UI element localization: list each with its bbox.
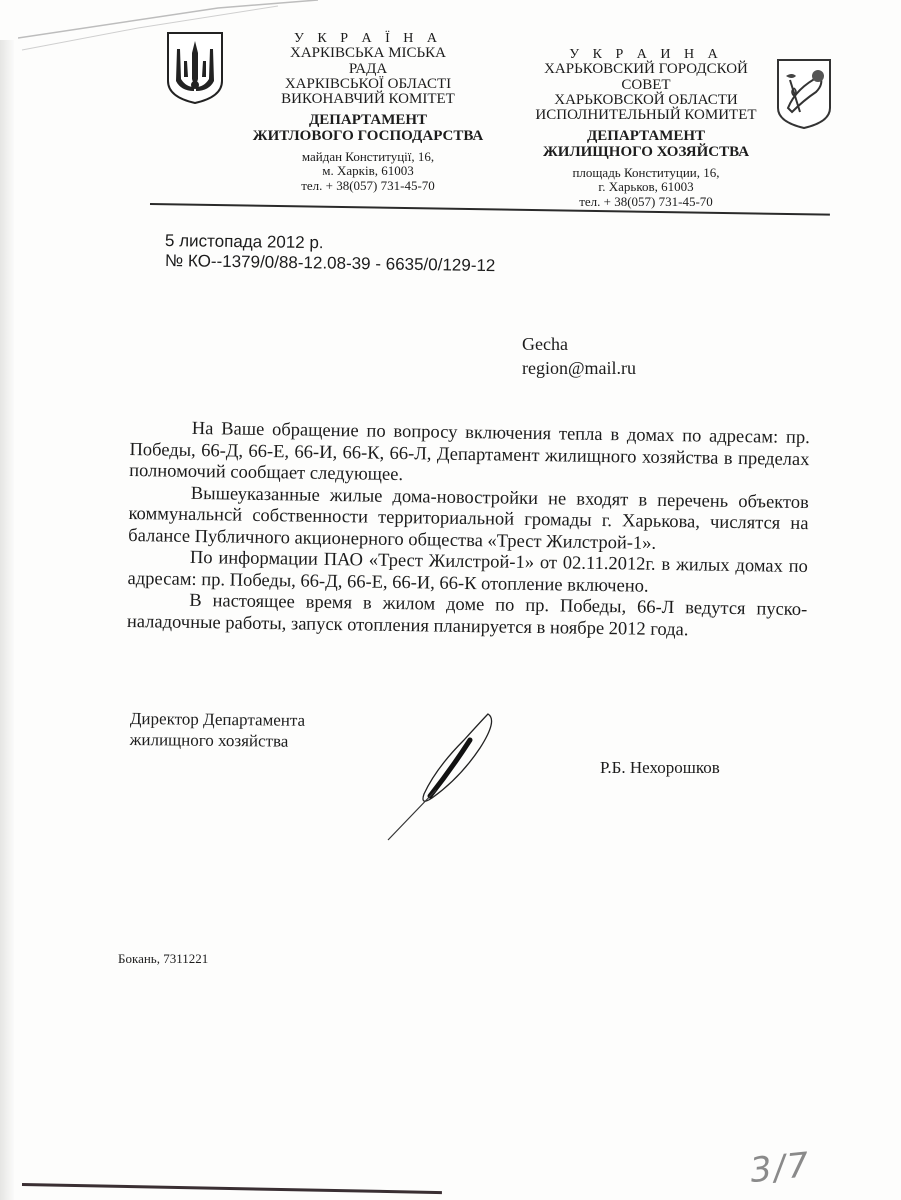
signatory-title-line1: Директор Департамента (130, 708, 305, 731)
phone-ru: тел. + 38(057) 731-45-70 (522, 195, 770, 209)
signatory-title: Директор Департамента жилищного хозяйств… (130, 708, 306, 752)
department-line1-ru: ДЕПАРТАМЕНТ (522, 129, 770, 144)
recipient-block: Gecha region@mail.ru (522, 332, 636, 381)
address-line2-ru: г. Харьков, 61003 (522, 180, 770, 194)
body-paragraph-2: Вышеуказанные жилые дома-новостройки не … (128, 482, 809, 557)
letterhead-russian: У К Р А И Н А ХАРЬКОВСКИЙ ГОРОДСКОЙ СОВЕ… (522, 48, 770, 209)
country-name-ua: У К Р А Ї Н А (238, 32, 498, 46)
letter-page: У К Р А Ї Н А ХАРКІВСЬКА МІСЬКА РАДА ХАР… (0, 0, 901, 1200)
region-ru: ХАРЬКОВСКОЙ ОБЛАСТИ (522, 93, 770, 108)
signatory-name: Р.Б. Нехорошков (600, 758, 720, 778)
council-line1-ua: ХАРКІВСЬКА МІСЬКА (238, 46, 498, 61)
council-line1-ru: ХАРЬКОВСКИЙ ГОРОДСКОЙ (522, 62, 770, 77)
region-ua: ХАРКІВСЬКОЇ ОБЛАСТІ (238, 77, 498, 92)
phone-ua: тел. + 38(057) 731-45-70 (238, 179, 498, 193)
reference-number: № КО--1379/0/88-12.08-39 - 6635/0/129-12 (165, 251, 496, 276)
recipient-name: Gecha (522, 332, 636, 356)
letter-date: 5 листопада 2012 р. (165, 231, 324, 253)
address-line1-ua: майдан Конституції, 16, (238, 150, 498, 164)
signatory-title-line2: жилищного хозяйства (130, 729, 305, 752)
scan-bottom-edge (22, 1183, 442, 1194)
committee-ru: ИСПОЛНИТЕЛЬНЫЙ КОМИТЕТ (522, 108, 770, 123)
address-line1-ru: площадь Конституции, 16, (522, 166, 770, 180)
handwritten-page-mark: 3/7 (748, 1145, 813, 1191)
body-paragraph-1: На Ваше обращение по вопросу включения т… (129, 418, 810, 493)
ukraine-trident-icon (166, 31, 224, 105)
letterhead-ukrainian: У К Р А Ї Н А ХАРКІВСЬКА МІСЬКА РАДА ХАР… (238, 32, 498, 193)
body-paragraph-4: В настоящее время в жилом доме по пр. По… (127, 590, 808, 643)
scan-edge-shadow (0, 40, 14, 1200)
handwritten-signature-icon (380, 710, 520, 845)
council-line2-ru: СОВЕТ (522, 78, 770, 93)
recipient-email: region@mail.ru (522, 356, 636, 380)
letter-body: На Ваше обращение по вопросу включения т… (127, 418, 810, 643)
council-line2-ua: РАДА (238, 62, 498, 77)
department-line2-ru: ЖИЛИЩНОГО ХОЗЯЙСТВА (522, 145, 770, 160)
address-line2-ua: м. Харків, 61003 (238, 164, 498, 178)
executor-contact: Бокань, 7311221 (118, 951, 208, 967)
kharkiv-coat-of-arms-icon (776, 58, 832, 130)
department-line1-ua: ДЕПАРТАМЕНТ (238, 113, 498, 128)
department-line2-ua: ЖИТЛОВОГО ГОСПОДАРСТВА (238, 129, 498, 144)
committee-ua: ВИКОНАВЧИЙ КОМІТЕТ (238, 92, 498, 107)
